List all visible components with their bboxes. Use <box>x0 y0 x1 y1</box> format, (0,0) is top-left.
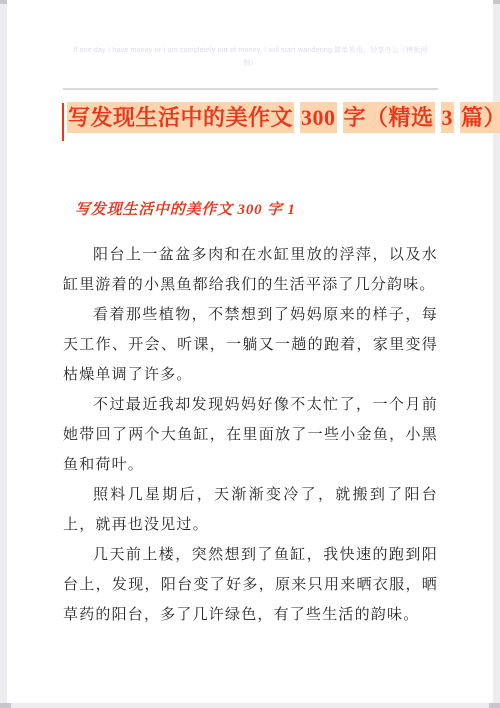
viewer-bottom-gutter <box>0 703 500 708</box>
title-segment: 写发现生活中的美作文 <box>67 102 294 133</box>
title-segment: 篇） <box>460 102 500 133</box>
viewer-left-gutter <box>0 0 7 708</box>
watermark: If one day I have money or I am complete… <box>63 44 438 70</box>
document-title-block: 写发现生活中的美作文 300 字（精选 3 篇） <box>63 97 438 141</box>
paragraph: 不过最近我却发现妈妈好像不太忙了，一个月前她带回了两个大鱼缸，在里面放了一些小金… <box>63 390 438 480</box>
watermark-line-2: 制） <box>63 57 438 70</box>
paragraph: 阳台上一盆盆多肉和在水缸里放的浮萍，以及水缸里游着的小黑鱼都给我们的生活平添了几… <box>63 240 438 300</box>
page-corner-mark <box>489 703 500 708</box>
paragraph: 看着那些植物，不禁想到了妈妈原来的样子，每天工作、开会、听课，一躺又一趟的跑着，… <box>63 300 438 390</box>
page-corner-mark <box>0 703 11 708</box>
document-title: 写发现生活中的美作文 300 字（精选 3 篇） <box>67 97 438 139</box>
document-body: 阳台上一盆盆多肉和在水缸里放的浮萍，以及水缸里游着的小黑鱼都给我们的生活平添了几… <box>63 240 438 630</box>
title-left-accent-bar <box>62 103 64 141</box>
title-segment: 字（精选 <box>343 102 435 133</box>
paragraph: 照料几星期后，天渐渐变冷了，就搬到了阳台上，就再也没见过。 <box>63 480 438 540</box>
header-divider <box>63 88 438 90</box>
paragraph: 几天前上楼，突然想到了鱼缸，我快速的跑到阳台上，发现，阳台变了好多，原来只用来晒… <box>63 540 438 630</box>
title-segment: 300 <box>300 102 337 133</box>
section-heading: 写发现生活中的美作文 300 字 1 <box>63 198 438 219</box>
document-page: If one day I have money or I am complete… <box>7 0 493 703</box>
title-segment: 3 <box>441 102 455 133</box>
watermark-line-1: If one day I have money or I am complete… <box>63 44 438 57</box>
